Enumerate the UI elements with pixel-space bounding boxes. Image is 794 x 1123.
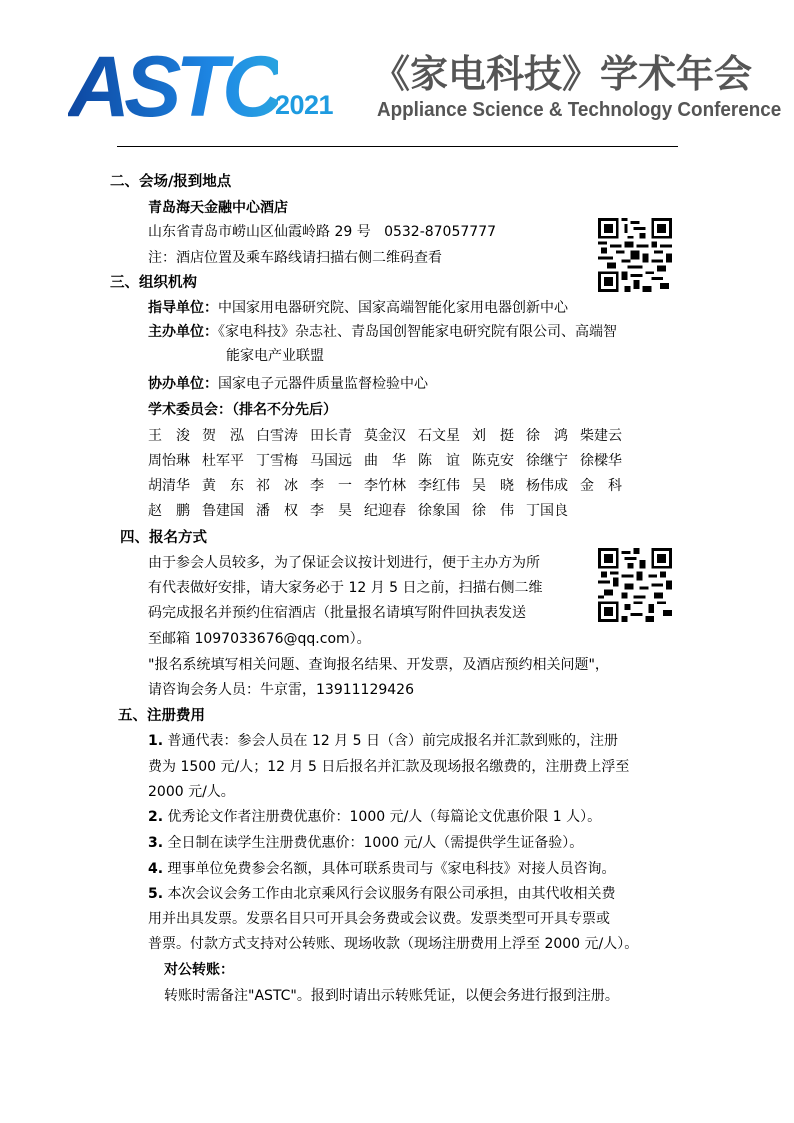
- committee-member: 李 昊: [310, 501, 352, 521]
- section-fees-title: 五、注册费用: [118, 706, 205, 726]
- hotel-name: 青岛海天金融中心酒店: [148, 198, 288, 218]
- hotel-address: 山东省青岛市崂山区仙霞岭路 29 号 0532-87057777: [148, 222, 496, 242]
- host-unit-row: 主办单位：《家电科技》杂志社、青岛国创智能家电研究院有限公司、高端智: [148, 322, 617, 342]
- fee-item-text: 本次会议会务工作由北京乘风行会议服务有限公司承担，由其代收相关费: [168, 886, 616, 902]
- fee-item-5-cont: 普票。付款方式支持对公转账、现场收款（现场注册费用上浮至 2000 元/人）。: [148, 934, 638, 954]
- committee-member: 曲 华: [364, 451, 406, 471]
- section-organization-title: 三、组织机构: [110, 273, 197, 293]
- fee-item-5-cont: 用并出具发票。发票名目只可开具会务费或会议费。发票类型可开具专票或: [148, 909, 610, 929]
- guide-unit-value: 中国家用电器研究院、国家高端智能化家用电器创新中心: [218, 300, 568, 316]
- co-unit-value: 国家电子元器件质量监督检验中心: [218, 376, 428, 392]
- committee-member: 周怡琳: [148, 451, 190, 471]
- committee-member: 纪迎春: [364, 501, 406, 521]
- guide-unit-label: 指导单位：: [148, 300, 218, 316]
- committee-member: 田长青: [310, 426, 352, 446]
- qr-code-icon[interactable]: [598, 548, 672, 622]
- logo-wordmark: ASTC: [68, 48, 278, 126]
- committee-member: 王 浚: [148, 426, 190, 446]
- committee-member: 鲁建国: [202, 501, 244, 521]
- host-unit-label: 主办单位：: [148, 324, 218, 340]
- conference-title-cn: 《家电科技》学术年会: [372, 50, 752, 98]
- logo-year: 2021: [275, 90, 333, 121]
- hotel-note: 注：酒店位置及乘车路线请扫描右侧二维码查看: [148, 248, 442, 268]
- host-unit-value-cont: 能家电产业联盟: [226, 346, 324, 366]
- fee-item-1-cont: 费为 1500 元/人；12 月 5 日后报名并汇款及现场报名缴费的，注册费上浮…: [148, 757, 629, 777]
- committee-member: 徐 伟: [472, 501, 514, 521]
- registration-para-line: 由于参会人员较多，为了保证会议按计划进行，便于主办方为所: [148, 553, 540, 573]
- committee-member: 陈 谊: [418, 451, 460, 471]
- co-unit-row: 协办单位：国家电子元器件质量监督检验中心: [148, 374, 428, 394]
- committee-member: 杨伟成: [526, 476, 568, 496]
- fee-item-text: 理事单位免费参会名额，具体可联系贵司与《家电科技》对接人员咨询。: [168, 861, 616, 877]
- fee-item-text: 优秀论文作者注册费优惠价：1000 元/人（每篇论文优惠价限 1 人）。: [168, 809, 602, 825]
- conference-title-en: Appliance Science & Technology Conferenc…: [377, 98, 781, 122]
- committee-member: 徐继宁: [526, 451, 568, 471]
- committee-member: 徐樑华: [580, 451, 622, 471]
- fee-item-text: 全日制在读学生注册费优惠价：1000 元/人（需提供学生证备验）。: [168, 835, 584, 851]
- fee-item-number: 3.: [148, 835, 163, 851]
- fee-item-number: 1.: [148, 733, 163, 749]
- registration-para-line: 有代表做好安排，请大家务必于 12 月 5 日之前，扫描右侧二维: [148, 578, 543, 598]
- committee-member: 李红伟: [418, 476, 460, 496]
- section-registration-title: 四、报名方式: [120, 528, 207, 548]
- astc-logo: ASTC 2021: [68, 48, 338, 126]
- registration-email[interactable]: 至邮箱 1097033676@qq.com）。: [148, 629, 371, 649]
- fee-item-2: 2. 优秀论文作者注册费优惠价：1000 元/人（每篇论文优惠价限 1 人）。: [148, 807, 601, 827]
- committee-member: 徐象国: [418, 501, 460, 521]
- committee-member: 丁国良: [526, 501, 568, 521]
- fee-item-3: 3. 全日制在读学生注册费优惠价：1000 元/人（需提供学生证备验）。: [148, 833, 583, 853]
- bank-transfer-title: 对公转账：: [164, 960, 234, 980]
- committee-member: 祁 冰: [256, 476, 298, 496]
- committee-member: 潘 权: [256, 501, 298, 521]
- committee-member: 白雪涛: [256, 426, 298, 446]
- committee-member: 黄 东: [202, 476, 244, 496]
- committee-member: 杜军平: [202, 451, 244, 471]
- contact-topics: "报名系统填写相关问题、查询报名结果、开发票，及酒店预约相关问题"，: [148, 655, 609, 675]
- committee-member: 莫金汉: [364, 426, 406, 446]
- committee-member: 李 一: [310, 476, 352, 496]
- committee-member: 陈克安: [472, 451, 514, 471]
- bank-transfer-note: 转账时需备注"ASTC"。报到时请出示转账凭证，以便会务进行报到注册。: [164, 986, 619, 1006]
- committee-label: 学术委员会：（排名不分先后）: [148, 400, 337, 420]
- fee-item-number: 4.: [148, 861, 163, 877]
- committee-member: 胡清华: [148, 476, 190, 496]
- guide-unit-row: 指导单位：中国家用电器研究院、国家高端智能化家用电器创新中心: [148, 298, 568, 318]
- fee-item-1: 1. 普通代表：参会人员在 12 月 5 日（含）前完成报名并汇款到账的，注册: [148, 731, 618, 751]
- committee-member: 丁雪梅: [256, 451, 298, 471]
- header-divider: [117, 146, 678, 147]
- committee-member: 吴 晓: [472, 476, 514, 496]
- committee-member: 马国远: [310, 451, 352, 471]
- committee-member: 金 科: [580, 476, 622, 496]
- committee-member: 贺 泓: [202, 426, 244, 446]
- committee-member: 徐 鸿: [526, 426, 568, 446]
- committee-member: 刘 挺: [472, 426, 514, 446]
- fee-item-number: 5.: [148, 886, 163, 902]
- fee-item-4: 4. 理事单位免费参会名额，具体可联系贵司与《家电科技》对接人员咨询。: [148, 859, 616, 879]
- fee-item-5: 5. 本次会议会务工作由北京乘风行会议服务有限公司承担，由其代收相关费: [148, 884, 616, 904]
- contact-person: 请咨询会务人员：牛京雷，13911129426: [148, 680, 414, 700]
- registration-para-line: 码完成报名并预约住宿酒店（批量报名请填写附件回执表发送: [148, 603, 526, 623]
- host-unit-value: 《家电科技》杂志社、青岛国创智能家电研究院有限公司、高端智: [218, 324, 617, 340]
- fee-item-number: 2.: [148, 809, 163, 825]
- committee-member: 赵 鹏: [148, 501, 190, 521]
- section-venue-title: 二、会场/报到地点: [110, 172, 231, 192]
- co-unit-label: 协办单位：: [148, 376, 218, 392]
- qr-code-icon[interactable]: [598, 218, 672, 292]
- committee-member: 李竹林: [364, 476, 406, 496]
- committee-member: 柴建云: [580, 426, 622, 446]
- committee-member: 石文星: [418, 426, 460, 446]
- fee-item-text: 普通代表：参会人员在 12 月 5 日（含）前完成报名并汇款到账的，注册: [168, 733, 619, 749]
- fee-item-1-cont: 2000 元/人。: [148, 782, 235, 802]
